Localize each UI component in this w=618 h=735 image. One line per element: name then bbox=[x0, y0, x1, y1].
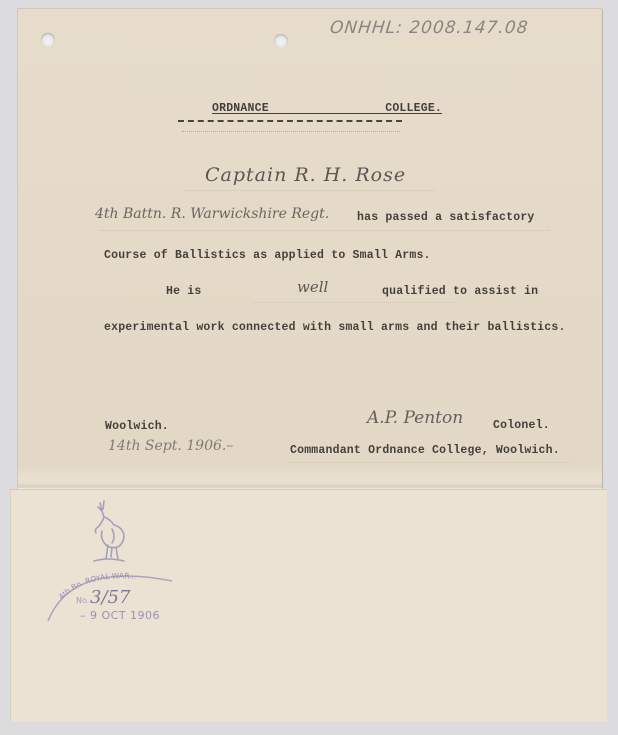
body-line-3-prefix: He is bbox=[166, 285, 202, 298]
punch-hole-left bbox=[41, 33, 55, 47]
body-line-3-suffix: qualified to assist in bbox=[382, 285, 538, 298]
heading-dashed-rule bbox=[178, 120, 402, 122]
body-line-2: Course of Ballistics as applied to Small… bbox=[104, 249, 431, 262]
recipient-name: Captain R. H. Rose bbox=[205, 164, 406, 186]
stamp-number: 3/57 bbox=[90, 587, 130, 608]
stamp-date: – 9 OCT 1906 bbox=[80, 609, 160, 622]
recipient-unit: 4th Battn. R. Warwickshire Regt. bbox=[95, 206, 329, 222]
document-heading: ORDNANCE COLLEGE. bbox=[212, 102, 442, 115]
rank: Colonel. bbox=[493, 419, 550, 432]
name-dotted-line bbox=[185, 190, 435, 191]
unit-dotted-line bbox=[100, 230, 550, 231]
place: Woolwich. bbox=[105, 420, 169, 433]
body-line-1: has passed a satisfactory bbox=[357, 211, 535, 224]
heading-dotted-rule bbox=[182, 131, 400, 132]
stamp-number-label: No. bbox=[76, 596, 89, 605]
punch-hole-center bbox=[274, 34, 288, 48]
accession-number: ONHHL: 2008.147.08 bbox=[329, 18, 530, 38]
issue-date: 14th Sept. 1906.– bbox=[108, 438, 233, 454]
commandant-title: Commandant Ordnance College, Woolwich. bbox=[290, 444, 560, 457]
signature-dotted-line bbox=[290, 462, 570, 463]
qualification-handwritten: well bbox=[297, 278, 328, 296]
qualification-dotted-line bbox=[255, 302, 455, 303]
commandant-signature: A.P. Penton bbox=[367, 408, 463, 428]
body-line-4: experimental work connected with small a… bbox=[104, 321, 566, 334]
